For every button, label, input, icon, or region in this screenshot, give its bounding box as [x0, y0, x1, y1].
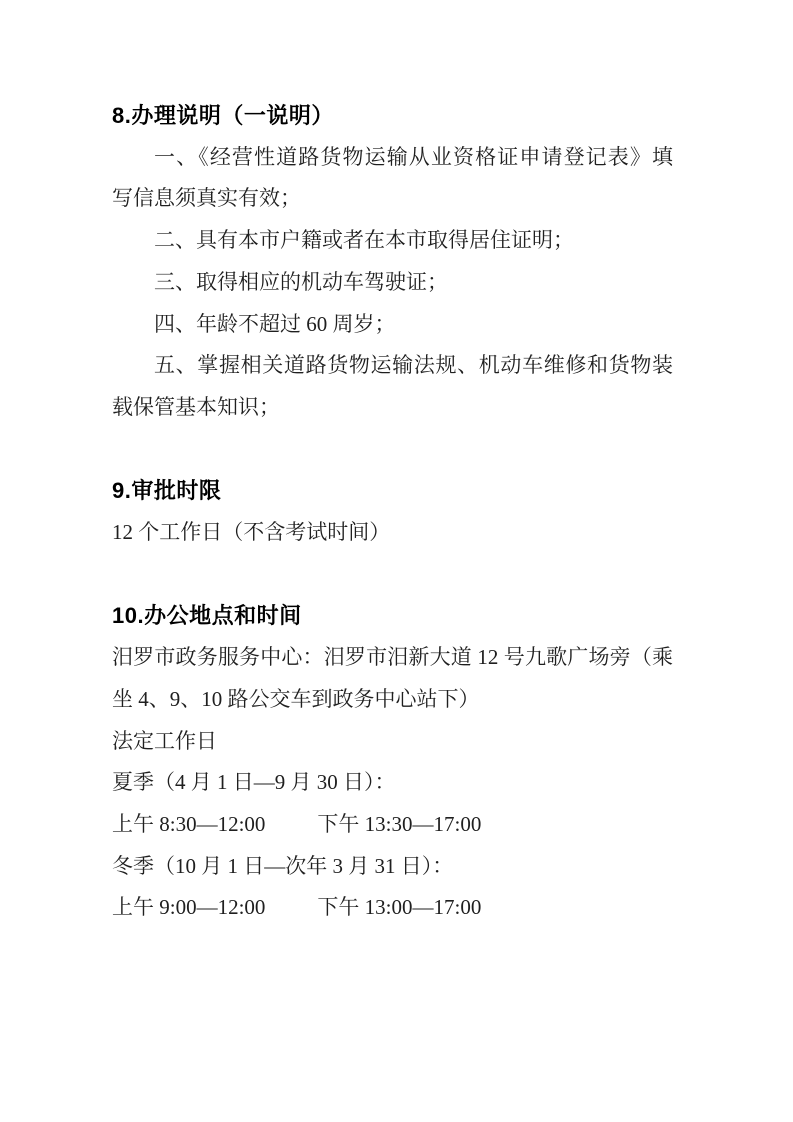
blank-line: [112, 429, 673, 471]
winter-season-label: 冬季（10 月 1 日—次年 3 月 31 日）：: [112, 846, 673, 888]
winter-afternoon-hours: 下午 13:00—17:00: [317, 887, 481, 929]
summer-season-label: 夏季（4 月 1 日—9 月 30 日）：: [112, 762, 673, 804]
requirement-line-5: 五、掌握相关道路货物运输法规、机动车维修和货物装: [112, 345, 673, 387]
requirement-line-1-continued: 写信息须真实有效；: [112, 178, 673, 220]
requirement-line-5-continued: 载保管基本知识；: [112, 387, 673, 429]
summer-morning-hours: 上午 8:30—12:00: [112, 804, 265, 846]
blank-line: [112, 554, 673, 596]
section-8-heading: 8.办理说明（一说明）: [112, 95, 673, 137]
document-content: 8.办理说明（一说明） 一、《经营性道路货物运输从业资格证申请登记表》填 写信息…: [112, 95, 673, 929]
summer-afternoon-hours: 下午 13:30—17:00: [317, 804, 481, 846]
document-page: 8.办理说明（一说明） 一、《经营性道路货物运输从业资格证申请登记表》填 写信息…: [0, 0, 793, 1122]
approval-time-line: 12 个工作日（不含考试时间）: [112, 512, 673, 554]
requirement-line-2: 二、具有本市户籍或者在本市取得居住证明；: [112, 220, 673, 262]
winter-hours-row: 上午 9:00—12:00 下午 13:00—17:00: [112, 887, 673, 929]
winter-morning-hours: 上午 9:00—12:00: [112, 887, 265, 929]
requirement-line-1: 一、《经营性道路货物运输从业资格证申请登记表》填: [112, 137, 673, 179]
section-9-heading: 9.审批时限: [112, 470, 673, 512]
workdays-label: 法定工作日: [112, 721, 673, 763]
requirement-line-3: 三、取得相应的机动车驾驶证；: [112, 262, 673, 304]
section-10-heading: 10.办公地点和时间: [112, 595, 673, 637]
address-line-2: 坐 4、9、10 路公交车到政务中心站下）: [112, 679, 673, 721]
requirement-line-4: 四、年龄不超过 60 周岁；: [112, 304, 673, 346]
summer-hours-row: 上午 8:30—12:00 下午 13:30—17:00: [112, 804, 673, 846]
address-line-1: 汨罗市政务服务中心：汨罗市汨新大道 12 号九歌广场旁（乘: [112, 637, 673, 679]
